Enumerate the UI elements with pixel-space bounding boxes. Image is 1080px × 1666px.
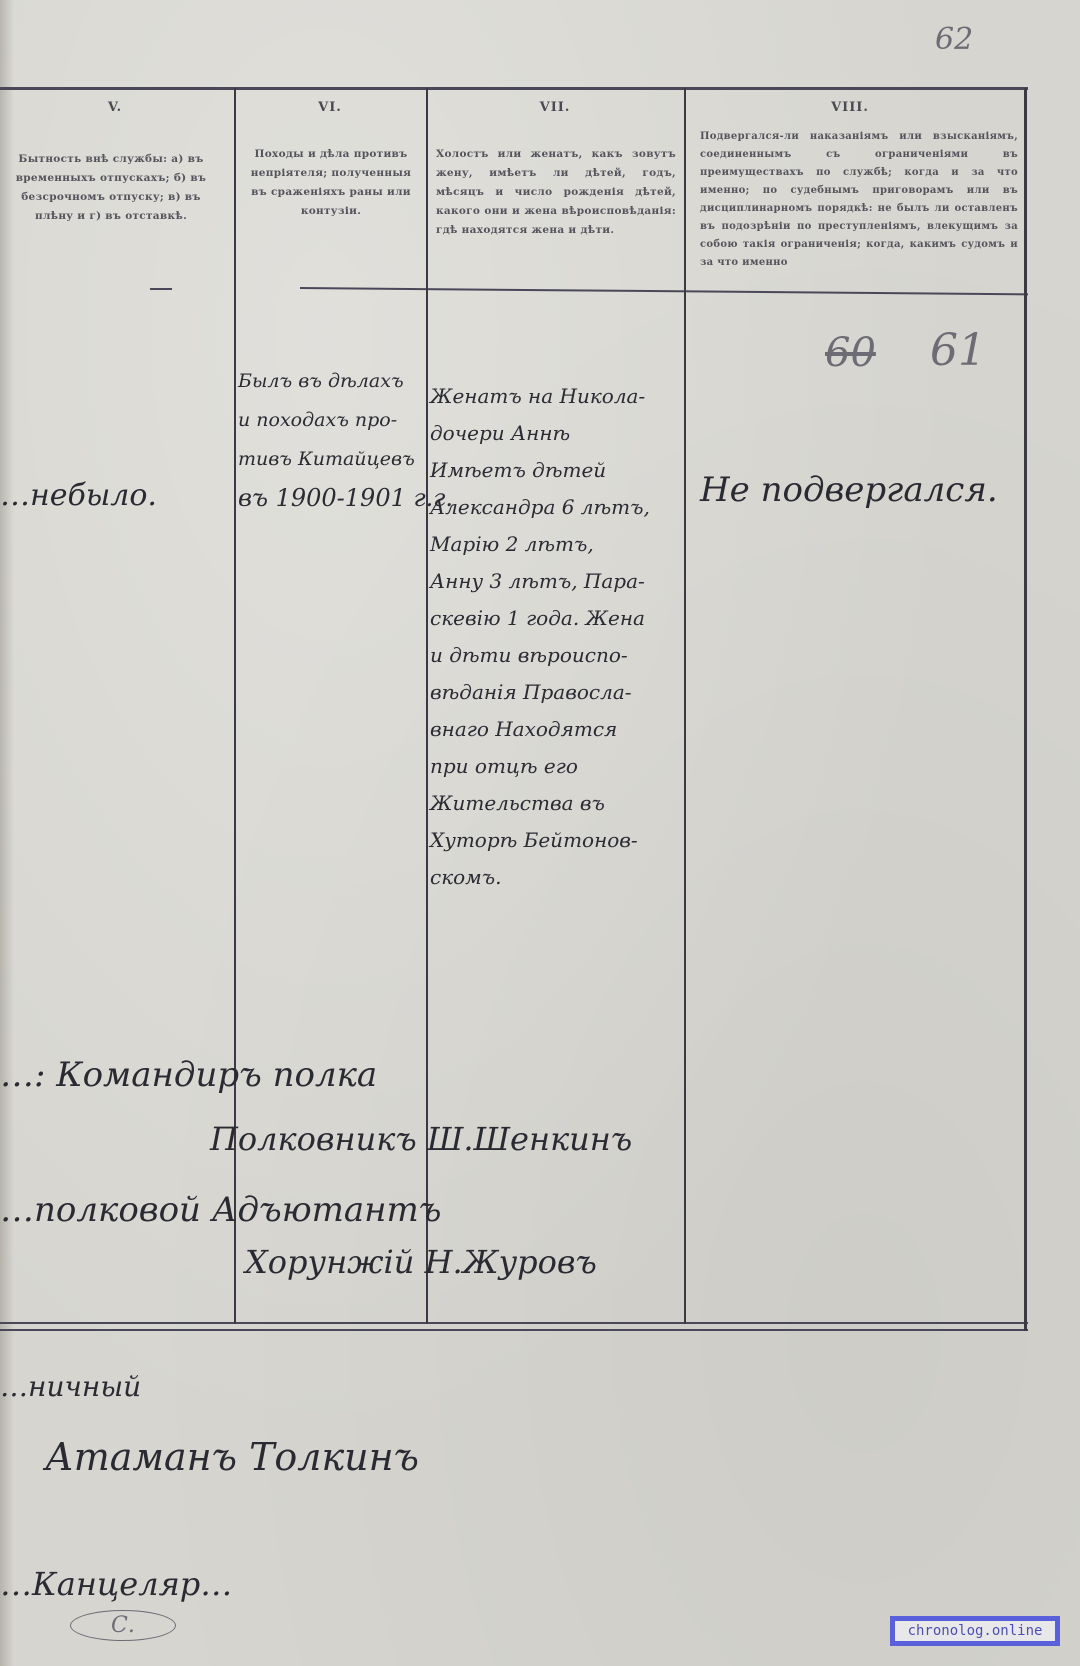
column-vii-header: Холостъ или женатъ, какъ зовутъ жену, им… [436, 145, 676, 240]
column-vii-numeral: VII. [510, 100, 600, 115]
watermark-text: chronolog.online [895, 1621, 1055, 1641]
table-right-border [1024, 88, 1027, 1331]
column-v-entry: …небыло. [0, 478, 157, 513]
ataman-label: …ничный [0, 1370, 141, 1403]
column-viii-entry: Не подвергался. [700, 470, 998, 510]
entry-line: и походахъ про- [238, 401, 453, 440]
entry-line: дочери Аннѣ [430, 415, 686, 452]
margin-note: 61 [930, 325, 986, 376]
entry-line: Анну 3 лѣтъ, Пара- [430, 563, 686, 600]
header-short-rule-v [150, 288, 172, 290]
entry-line: внаго Находятся [430, 711, 686, 748]
column-viii-numeral: VIII. [800, 100, 900, 115]
binding-shadow [0, 0, 14, 1666]
adjutant-signature: Хорунжій Н.Журовъ [245, 1243, 597, 1281]
column-v-numeral: V. [60, 100, 170, 115]
entry-line: Жительства въ [430, 785, 686, 822]
column-vi-entry: Былъ въ дѣлахъ и походахъ про- тивъ Кита… [238, 362, 453, 518]
column-vi-numeral: VI. [290, 100, 370, 115]
table-bottom-rule-2 [0, 1329, 1028, 1331]
adjutant-label: …полковой Адъютантъ [0, 1190, 441, 1230]
watermark-badge: chronolog.online [890, 1616, 1060, 1646]
entry-line: тивъ Китайцевъ [238, 440, 453, 479]
column-vi-header: Походы и дѣла противъ непріятеля; получе… [242, 145, 420, 221]
clerk-signature-flourish: С. [70, 1610, 176, 1641]
entry-line: и дѣти вѣроиспо- [430, 637, 686, 674]
column-vii-entry: Женатъ на Никола- дочери Аннѣ Имѣетъ дѣт… [430, 378, 686, 896]
column-viii-header: Подвергался-ли наказаніямъ или взысканія… [700, 128, 1018, 272]
entry-line: вѣданія Правосла- [430, 674, 686, 711]
entry-line: скевію 1 года. Жена [430, 600, 686, 637]
commander-signature: Полковникъ Ш.Шенкинъ [210, 1120, 632, 1158]
entry-line: въ 1900-1901 г.г. [238, 479, 453, 518]
entry-line: Имѣетъ дѣтей [430, 452, 686, 489]
entry-line: Хуторѣ Бейтонов- [430, 822, 686, 859]
entry-line: Женатъ на Никола- [430, 378, 686, 415]
ataman-signature: Атаманъ Толкинъ [45, 1435, 419, 1479]
table-bottom-rule [0, 1322, 1028, 1324]
entry-line: Марію 2 лѣтъ, [430, 526, 686, 563]
commander-label: …: Командиръ полка [0, 1055, 377, 1095]
table-top-rule [0, 87, 1028, 90]
entry-line: скомъ. [430, 859, 686, 896]
margin-note-struck: 60 [825, 330, 876, 376]
entry-line: Александра 6 лѣтъ, [430, 489, 686, 526]
clerk-label: …Канцеляр… [0, 1565, 232, 1603]
column-v-header: Бытность внѣ службы: а) въ временныхъ от… [2, 150, 220, 226]
entry-line: Былъ въ дѣлахъ [238, 362, 453, 401]
page-number: 62 [935, 22, 973, 57]
entry-line: при отцѣ его [430, 748, 686, 785]
